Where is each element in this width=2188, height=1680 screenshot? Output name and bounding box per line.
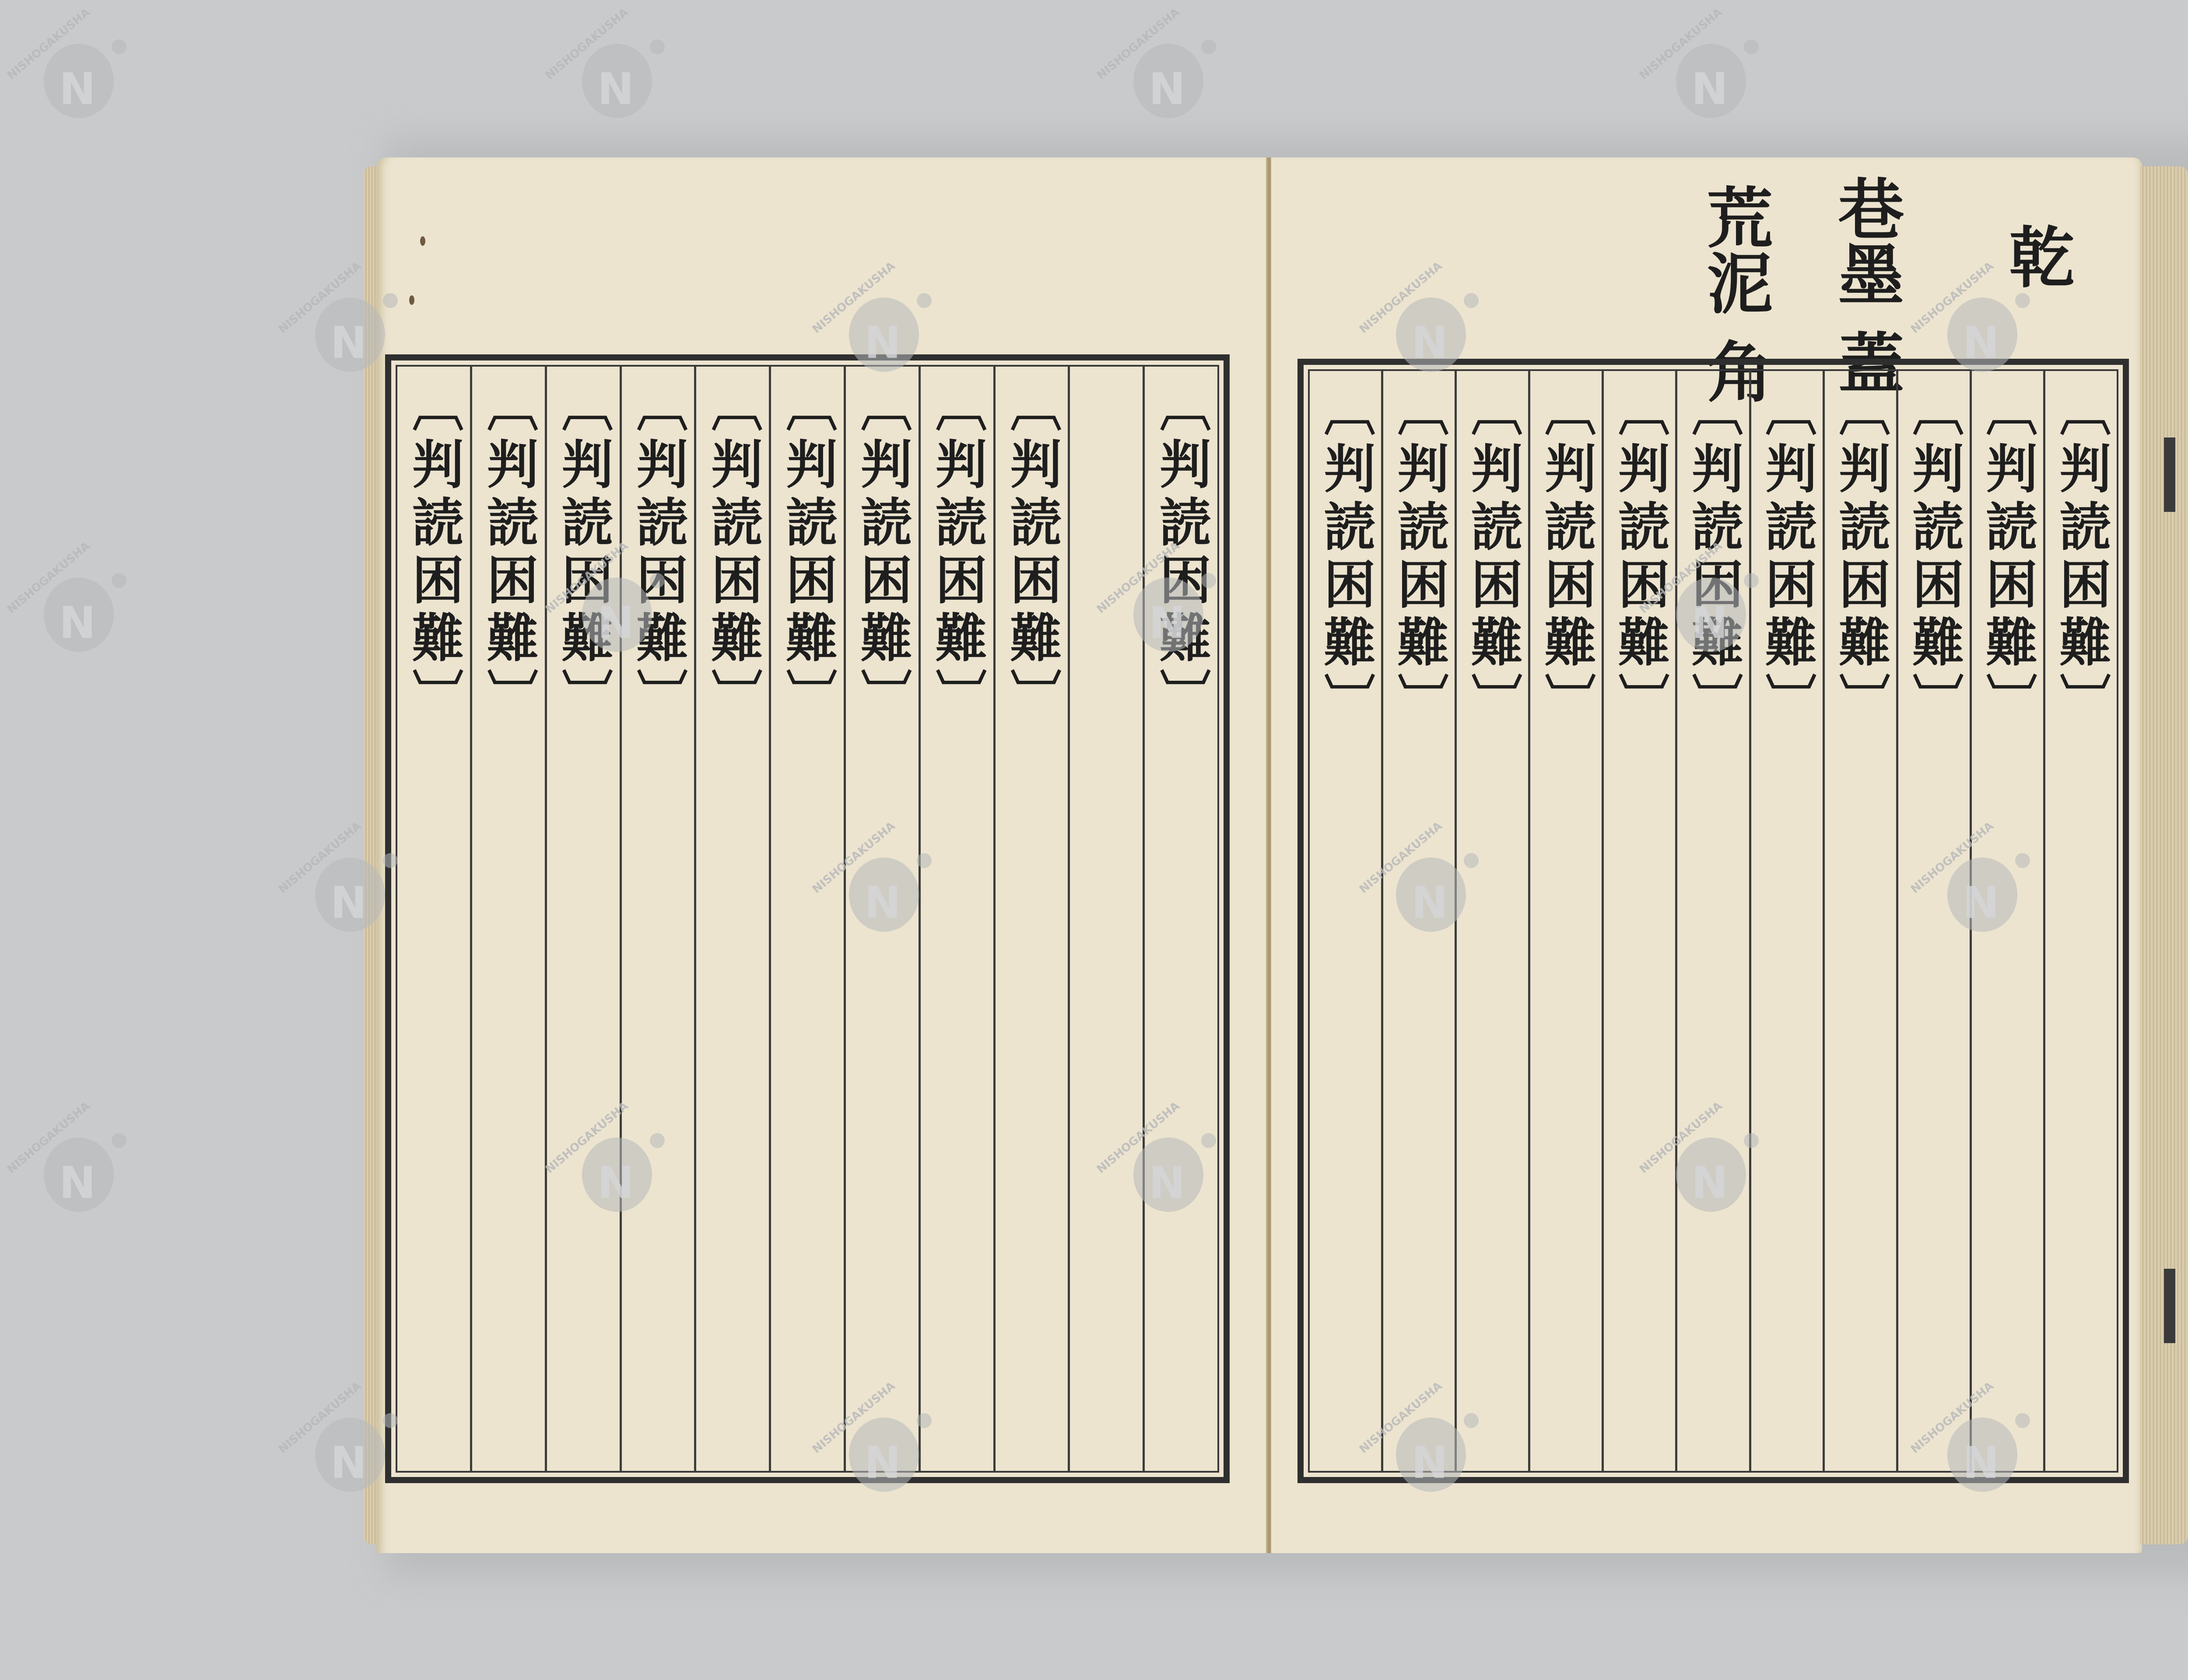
right-page-column: 〔判読困難〕 [1749,371,1823,1471]
watermark-logo-icon: NNISHOGAKUSHA [1116,26,1217,127]
watermark-logo-icon: NNISHOGAKUSHA [1659,26,1759,127]
left-page-column: 〔判読困難〕 [993,367,1068,1471]
left-page-column-text: 〔判読困難〕 [707,380,758,726]
left-page-column: 〔判読困難〕 [620,367,694,1471]
right-page-column-text: 〔判読困難〕 [2055,384,2107,731]
right-page-column: 〔判読困難〕 [1381,371,1455,1471]
left-page-column-text: 〔判読困難〕 [1006,380,1057,726]
left-page-frame: 〔判読困難〕〔判読困難〕〔判読困難〕〔判読困難〕〔判読困難〕〔判読困難〕〔判読困… [385,354,1230,1483]
right-page-column-text: 〔判読困難〕 [1393,384,1445,731]
watermark-logo-icon: NNISHOGAKUSHA [26,26,127,127]
right-page-column: 〔判読困難〕 [1310,371,1381,1471]
right-page-column-text: 〔判読困難〕 [1540,384,1592,731]
right-page-column-text: 〔判読困難〕 [1614,384,1666,731]
left-page-column-text: 〔判読困難〕 [483,380,534,726]
left-page-columns: 〔判読困難〕〔判読困難〕〔判読困難〕〔判読困難〕〔判読困難〕〔判読困難〕〔判読困… [396,365,1219,1473]
binding-hole [409,295,414,305]
right-page-columns: 〔判読困難〕〔判読困難〕〔判読困難〕〔判読困難〕〔判読困難〕〔判読困難〕〔判読困… [1308,369,2118,1473]
right-page-column-text: 〔判読困難〕 [1834,384,1886,731]
left-page-column: 〔判読困難〕 [545,367,620,1471]
right-page-title-1: 乾 [1989,223,2083,289]
right-page-column: 〔判読困難〕 [1896,371,1970,1471]
left-page-column-text: 〔判読困難〕 [408,380,459,726]
left-page-column-text: 〔判読困難〕 [1155,380,1207,726]
watermark-logo-icon: NNISHOGAKUSHA [565,26,665,127]
watermark-logo-icon: NNISHOGAKUSHA [26,560,127,661]
right-page-column: 〔判読困難〕 [1455,371,1528,1471]
right-page-column: 〔判読困難〕 [1602,371,1675,1471]
right-page-column-text: 〔判読困難〕 [1981,384,2033,731]
right-page: 乾 巷墨 蓋 荒泥 角 〔判読困難〕〔判読困難〕〔判読困難〕〔判読困難〕〔判読困… [1271,157,2142,1553]
left-page-column-text: 〔判読困難〕 [558,380,609,726]
binding-hole [420,236,425,246]
left-page-column: 〔判読困難〕 [769,367,844,1471]
right-page-column: 〔判読困難〕 [1528,371,1602,1471]
right-page-column: 〔判読困難〕 [1675,371,1749,1471]
left-page-column: 〔判読困難〕 [844,367,919,1471]
right-page-column-text: 〔判読困難〕 [1908,384,1960,731]
right-page-column: 〔判読困難〕 [1970,371,2043,1471]
left-page-column: 〔判読困難〕 [694,367,769,1471]
right-page-edges [2140,166,2188,1544]
right-page-column-text: 〔判読困難〕 [1320,384,1371,731]
right-page-column-text: 〔判読困難〕 [1467,384,1518,731]
edge-tab [2164,1269,2175,1343]
right-page-column: 〔判読困難〕 [1823,371,1896,1471]
edge-tab [2164,437,2175,512]
right-page-frame: 〔判読困難〕〔判読困難〕〔判読困難〕〔判読困難〕〔判読困難〕〔判読困難〕〔判読困… [1297,359,2129,1483]
watermark-logo-icon: NNISHOGAKUSHA [26,1120,127,1221]
left-page: 〔判読困難〕〔判読困難〕〔判読困難〕〔判読困難〕〔判読困難〕〔判読困難〕〔判読困… [376,157,1267,1553]
right-page-column-text: 〔判読困難〕 [1687,384,1739,731]
right-page-column: 〔判読困難〕 [2043,371,2117,1471]
left-page-column-text: 〔判読困難〕 [856,380,908,726]
left-page-column: 〔判読困難〕 [919,367,993,1471]
right-page-column-text: 〔判読困難〕 [1761,384,1813,731]
left-page-column: 〔判読困難〕 [397,367,470,1471]
left-page-column-text: 〔判読困難〕 [632,380,684,726]
left-page-column [1068,367,1143,1471]
left-page-column: 〔判読困難〕 [470,367,545,1471]
left-page-column-text: 〔判読困難〕 [782,380,833,726]
left-page-column: 〔判読困難〕 [1143,367,1217,1471]
open-book: 〔判読困難〕〔判読困難〕〔判読困難〕〔判読困難〕〔判読困難〕〔判読困難〕〔判読困… [376,157,2188,1553]
left-page-column-text: 〔判読困難〕 [931,380,983,726]
